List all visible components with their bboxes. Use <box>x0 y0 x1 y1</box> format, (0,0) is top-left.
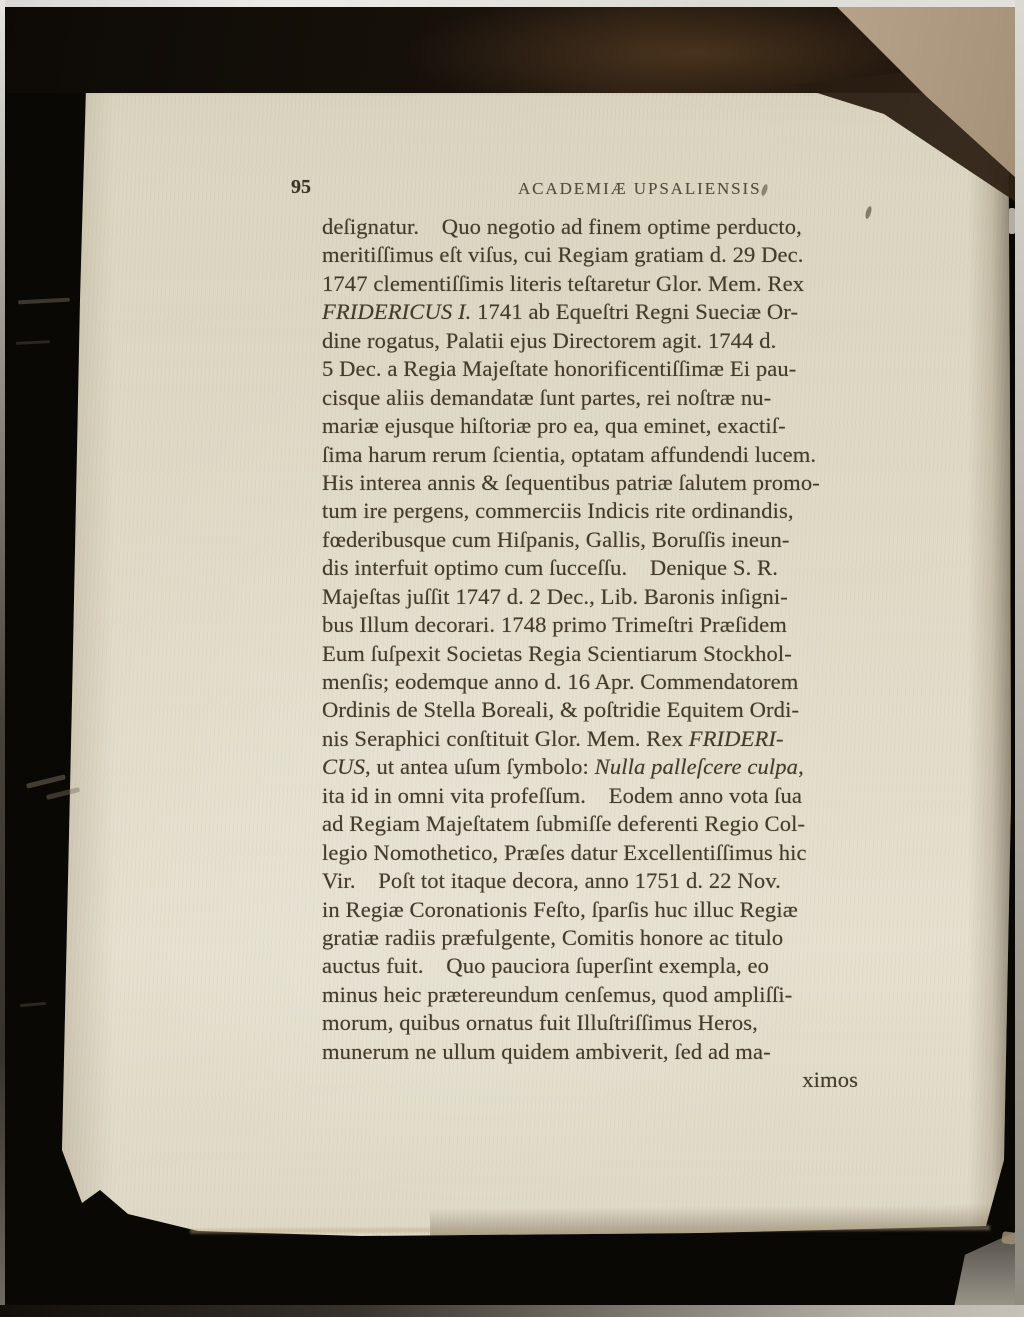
text-line: tum ire pergens, commerciis Indicis rite… <box>322 497 864 525</box>
text-line: bus Illum decorari. 1748 primo Trimeſtri… <box>322 611 864 639</box>
text-segment: Ordinis de Stella Boreali, & poſtridie E… <box>322 697 799 722</box>
text-segment: menſis; eodemque anno d. 16 Apr. Commend… <box>322 669 798 694</box>
text-line: legio Nomothetico, Præſes datur Excellen… <box>322 839 864 867</box>
scan-border-left <box>0 0 5 1317</box>
text-segment: legio Nomothetico, Præſes datur Excellen… <box>322 840 807 865</box>
text-line: morum, quibus ornatus fuit Illuſtriſſimu… <box>322 1009 864 1037</box>
text-line: minus heic prætereundum cenſemus, quod a… <box>322 981 864 1009</box>
catchword: ximos <box>322 1066 864 1094</box>
text-segment: Eum ſuſpexit Societas Regia Scientiarum … <box>322 641 792 666</box>
text-line: Ordinis de Stella Boreali, & poſtridie E… <box>322 696 864 724</box>
text-block: deſignatur. Quo negotio ad finem optime … <box>322 213 864 1095</box>
text-line: FRIDERICUS I. 1741 ab Equeſtri Regni Sue… <box>322 298 864 326</box>
text-line: auctus fuit. Quo pauciora ſuperſint exem… <box>322 952 864 980</box>
text-segment: deſignatur. Quo negotio ad finem optime … <box>322 214 802 239</box>
text-segment: minus heic prætereundum cenſemus, quod a… <box>322 982 792 1007</box>
book-page: 95 ACADEMIÆ UPSALIENSIS deſignatur. Quo … <box>0 0 1024 1317</box>
scanned-book-photo: 95 ACADEMIÆ UPSALIENSIS deſignatur. Quo … <box>0 0 1024 1317</box>
text-line: deſignatur. Quo negotio ad finem optime … <box>322 213 864 241</box>
text-line: munerum ne ullum quidem ambiverit, ſed a… <box>322 1038 864 1066</box>
text-segment: dis interfuit optimo cum ſucceſſu. Deniq… <box>322 555 778 580</box>
page-right-shadow <box>968 70 1016 1235</box>
text-segment: CUS <box>322 754 365 779</box>
page-number: 95 <box>291 176 311 199</box>
text-segment: cisque aliis demandatæ ſunt partes, rei … <box>322 385 771 410</box>
text-line: Vir. Poſt tot itaque decora, anno 1751 d… <box>322 867 864 895</box>
text-line: mariæ ejusque hiſtoriæ pro ea, qua emine… <box>322 412 864 440</box>
text-segment: bus Illum decorari. 1748 primo Trimeſtri… <box>322 612 787 637</box>
text-segment: FRIDERICUS I. <box>322 299 471 324</box>
text-line: meritiſſimus eſt viſus, cui Regiam grati… <box>322 241 864 269</box>
text-segment: meritiſſimus eſt viſus, cui Regiam grati… <box>322 242 804 267</box>
ink-speck <box>865 206 873 220</box>
text-segment: fœderibusque cum Hiſpanis, Gallis, Boruſ… <box>322 527 789 552</box>
text-line: fœderibusque cum Hiſpanis, Gallis, Boruſ… <box>322 526 864 554</box>
text-line: dine rogatus, Palatii ejus Directorem ag… <box>322 327 864 355</box>
text-line: ſima harum rerum ſcientia, optatam affun… <box>322 441 864 469</box>
text-segment: His interea annis & ſequentibus patriæ ſ… <box>322 470 820 495</box>
text-line: cisque aliis demandatæ ſunt partes, rei … <box>322 384 864 412</box>
text-line: ad Regiam Majeſtatem ſubmiſſe deferenti … <box>322 810 864 838</box>
text-segment: dine rogatus, Palatii ejus Directorem ag… <box>322 328 776 353</box>
text-line: in Regiæ Coronationis Feſto, ſparſis huc… <box>322 896 864 924</box>
scan-border-bottom <box>0 1305 1024 1317</box>
ink-speck <box>761 184 769 197</box>
text-segment: , <box>798 754 804 779</box>
scan-border-right <box>1015 0 1024 1317</box>
text-line: dis interfuit optimo cum ſucceſſu. Deniq… <box>322 554 864 582</box>
text-segment: ſima harum rerum ſcientia, optatam affun… <box>322 442 816 467</box>
text-segment: gratiæ radiis præfulgente, Comitis honor… <box>322 925 783 950</box>
running-header: ACADEMIÆ UPSALIENSIS <box>518 179 761 199</box>
text-segment: tum ire pergens, commerciis Indicis rite… <box>322 498 794 523</box>
text-segment: 5 Dec. a Regia Majeſtate honorificentiſſ… <box>322 356 796 381</box>
text-segment: nis Seraphici conſtituit Glor. Mem. Rex <box>322 726 689 751</box>
fore-edge-mark <box>18 298 70 305</box>
text-segment: auctus fuit. Quo pauciora ſuperſint exem… <box>322 953 769 978</box>
text-segment: munerum ne ullum quidem ambiverit, ſed a… <box>322 1039 771 1064</box>
text-segment: morum, quibus ornatus fuit Illuſtriſſimu… <box>322 1010 758 1035</box>
scan-border-top <box>0 0 1024 7</box>
text-segment: 1747 clementiſſimis literis teſtaretur G… <box>322 271 804 296</box>
text-line: 5 Dec. a Regia Majeſtate honorificentiſſ… <box>322 355 864 383</box>
text-line: menſis; eodemque anno d. 16 Apr. Commend… <box>322 668 864 696</box>
text-line: 1747 clementiſſimis literis teſtaretur G… <box>322 270 864 298</box>
text-segment: mariæ ejusque hiſtoriæ pro ea, qua emine… <box>322 413 786 438</box>
page-left-shadow <box>60 88 114 1238</box>
right-edge-notch <box>1009 208 1015 234</box>
fore-edge-mark <box>26 774 66 789</box>
text-segment: Vir. Poſt tot itaque decora, anno 1751 d… <box>322 868 781 893</box>
text-line: CUS, ut antea uſum ſymbolo: Nulla palleſ… <box>322 753 864 781</box>
text-line: Majeſtas juſſit 1747 d. 2 Dec., Lib. Bar… <box>322 583 864 611</box>
text-segment: Majeſtas juſſit 1747 d. 2 Dec., Lib. Bar… <box>322 584 788 609</box>
text-segment: FRIDERI- <box>689 726 784 751</box>
text-segment: 1741 ab Equeſtri Regni Sueciæ Or- <box>471 299 798 324</box>
text-segment: in Regiæ Coronationis Feſto, ſparſis huc… <box>322 897 798 922</box>
text-segment: Nulla palleſcere culpa <box>595 754 798 779</box>
text-line: nis Seraphici conſtituit Glor. Mem. Rex … <box>322 725 864 753</box>
text-line: ita id in omni vita profeſſum. Eodem ann… <box>322 782 864 810</box>
page-bottom-shadow <box>430 1203 1020 1238</box>
text-segment: ita id in omni vita profeſſum. Eodem ann… <box>322 783 802 808</box>
text-line: gratiæ radiis præfulgente, Comitis honor… <box>322 924 864 952</box>
text-line: Eum ſuſpexit Societas Regia Scientiarum … <box>322 640 864 668</box>
text-line: His interea annis & ſequentibus patriæ ſ… <box>322 469 864 497</box>
fore-edge-mark <box>20 1002 46 1007</box>
text-segment: ad Regiam Majeſtatem ſubmiſſe deferenti … <box>322 811 805 836</box>
fore-edge-mark <box>16 340 50 345</box>
text-segment: , ut antea uſum ſymbolo: <box>365 754 595 779</box>
